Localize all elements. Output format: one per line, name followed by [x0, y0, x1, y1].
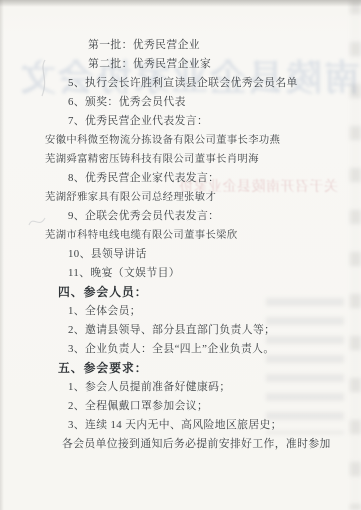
scanned-document-page: 南陵县企业家协会文件 关于召开南陵县企业家协会会员大会 第一批：优秀民营企业第二…: [0, 0, 361, 510]
document-line: 四、参会人员：: [58, 283, 361, 302]
document-line: 2、邀请县领导、部分县直部门负责人等；: [68, 321, 361, 340]
document-line: 7、优秀民营企业代表发言：: [68, 112, 361, 131]
document-line: 9、企联会优秀会员代表发言：: [68, 207, 361, 226]
document-body: 第一批：优秀民营企业第二批：优秀民营企业家5、执行会长许胜利宣读县企联会优秀会员…: [0, 36, 361, 454]
scan-edge-left: [0, 0, 4, 510]
document-line: 10、县领导讲话: [68, 245, 361, 264]
document-line: 3、连续 14 天内无中、高风险地区旅居史；: [68, 416, 361, 435]
document-line: 第一批：优秀民营企业: [88, 36, 361, 55]
document-line: 第二批：优秀民营企业家: [88, 55, 361, 74]
scan-edge-top: [0, 0, 361, 7]
document-line: 芜湖舜富精密压铸科技有限公司董事长肖明海: [45, 150, 361, 169]
document-line: 芜湖市科特电线电缆有限公司董事长梁欣: [45, 226, 361, 245]
document-line: 8、优秀民营企业家代表发言：: [68, 169, 361, 188]
document-line: 芜湖舒雅家具有限公司总经理张敏才: [45, 188, 361, 207]
document-line: 五、参会要求：: [58, 359, 361, 378]
document-line: 11、晚宴（文娱节目）: [68, 264, 361, 283]
document-line: 各会员单位接到通知后务必提前安排好工作，准时参加: [62, 435, 361, 454]
document-line: 6、颁奖：优秀会员代表: [68, 93, 361, 112]
document-line: 1、全体会员；: [68, 302, 361, 321]
document-line: 2、全程佩戴口罩参加会议；: [68, 397, 361, 416]
document-line: 安徽中科微至物流分拣设备有限公司董事长李功燕: [45, 131, 361, 150]
scan-edge-right: [350, 0, 361, 510]
document-line: 3、企业负责人：全县“四上”企业负责人。: [68, 340, 361, 359]
document-line: 5、执行会长许胜利宣读县企联会优秀会员名单: [68, 74, 361, 93]
document-line: 1、参会人员提前准备好健康码；: [68, 378, 361, 397]
